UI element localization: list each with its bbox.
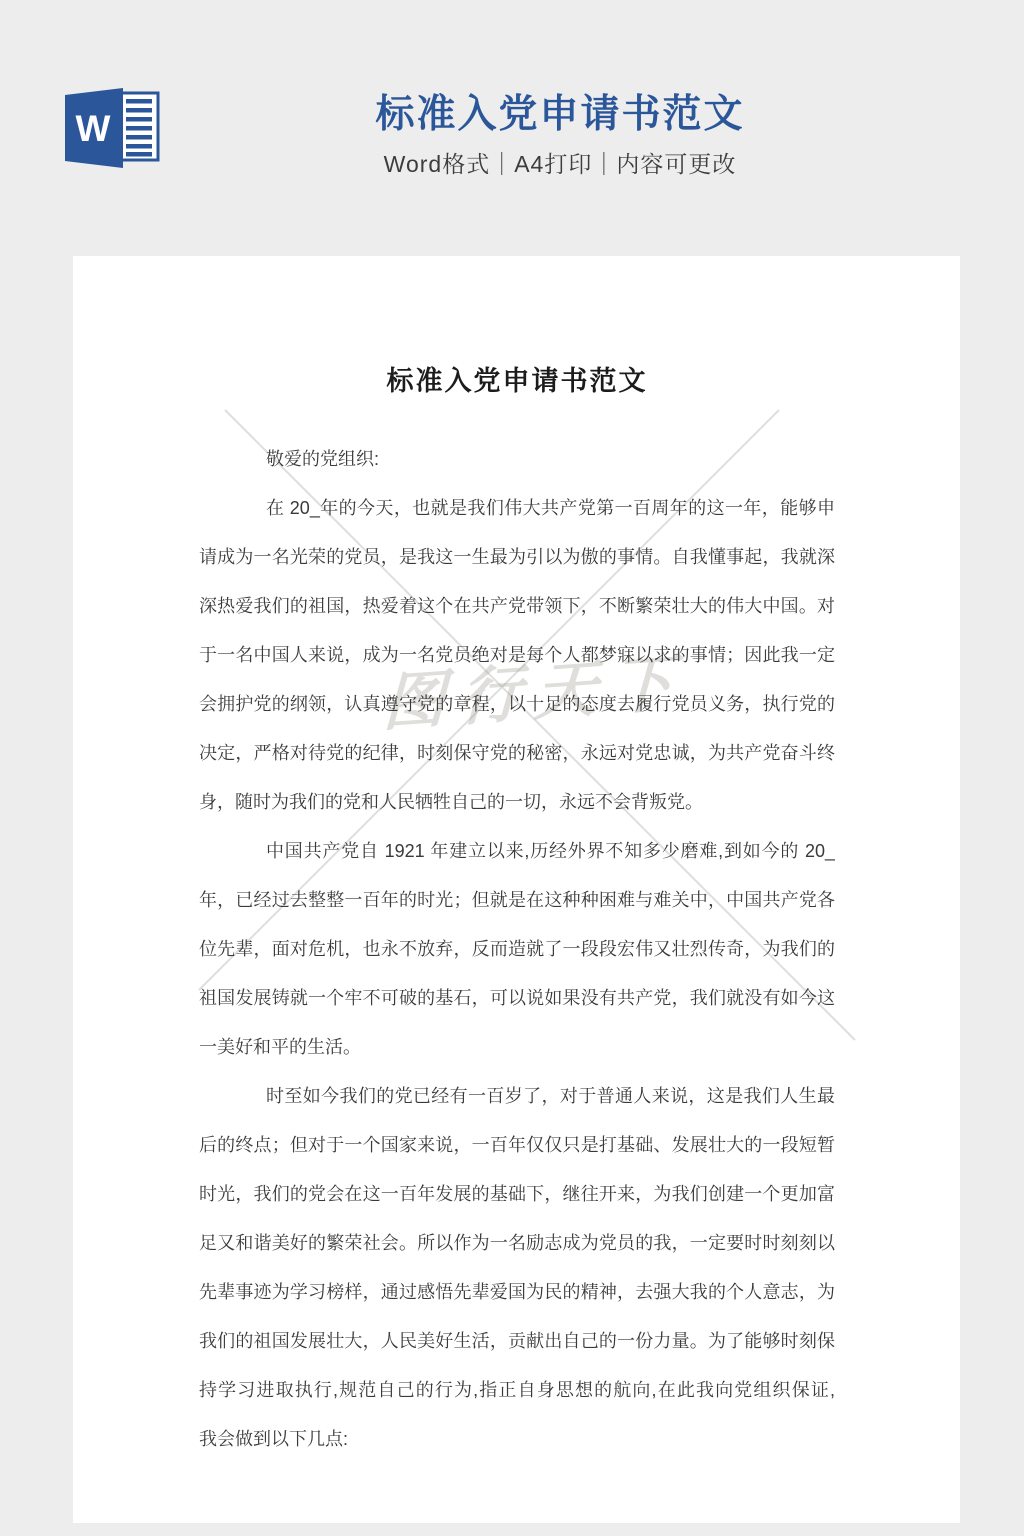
document-text-line: 请成为一名光荣的党员，是我这一生最为引以为傲的事情。自我懂事起，我就深 [199,533,835,582]
document-text-line: 持学习进取执行,规范自己的行为,指正自身思想的航向,在此我向党组织保证, [199,1366,835,1415]
document-text-line: 年，已经过去整整一百年的时光；但就是在这种种困难与难关中，中国共产党各 [199,876,835,925]
word-icon: W [62,86,162,170]
header-text: 标准入党申请书范文 Word格式｜A4打印｜内容可更改 [160,92,960,178]
document-text-line: 时光，我们的党会在这一百年发展的基础下，继往开来，为我们创建一个更加富 [199,1170,835,1219]
document-text-line: 我们的祖国发展壮大，人民美好生活，贡献出自己的一份力量。为了能够时刻保 [199,1317,835,1366]
document-text-line: 深热爱我们的祖国，热爱着这个在共产党带领下，不断繁荣壮大的伟大中国。对 [199,582,835,631]
document-text-line: 时至如今我们的党已经有一百岁了，对于普通人来说，这是我们人生最 [199,1072,835,1121]
document-body: 敬爱的党组织:在 20_年的今天，也就是我们伟大共产党第一百周年的这一年，能够申… [199,435,835,1464]
document-text-line: 足又和谐美好的繁荣社会。所以作为一名励志成为党员的我，一定要时时刻刻以 [199,1219,835,1268]
header: W 标准入党申请书范文 Word格式｜A4打印｜内容可更改 [0,0,1024,255]
document-text-line: 一美好和平的生活。 [199,1023,835,1072]
document-text-line: 先辈事迹为学习榜样，通过感悟先辈爱国为民的精神，去强大我的个人意志，为 [199,1268,835,1317]
document-text-line: 决定，严格对待党的纪律，时刻保守党的秘密，永远对党忠诚，为共产党奋斗终 [199,729,835,778]
document-text-line: 会拥护党的纲领，认真遵守党的章程，以十足的态度去履行党员义务，执行党的 [199,680,835,729]
document-page: 图行天下 标准入党申请书范文 敬爱的党组织:在 20_年的今天，也就是我们伟大共… [73,256,960,1523]
document-text-line: 身，随时为我们的党和人民牺牲自己的一切，永远不会背叛党。 [199,778,835,827]
header-title: 标准入党申请书范文 [160,92,960,138]
word-icon-letter: W [76,108,111,149]
document-text-line: 位先辈，面对危机，也永不放弃，反而造就了一段段宏伟又壮烈传奇，为我们的 [199,925,835,974]
document-text-line: 我会做到以下几点: [199,1415,835,1464]
preview-canvas: W 标准入党申请书范文 Word格式｜A4打印｜内容可更改 图行天下 标准入党申… [0,0,1024,1536]
document-text-line: 祖国发展铸就一个牢不可破的基石，可以说如果没有共产党，我们就没有如今这 [199,974,835,1023]
document-text-line: 在 20_年的今天，也就是我们伟大共产党第一百周年的这一年，能够申 [199,484,835,533]
document-text-line: 于一名中国人来说，成为一名党员绝对是每个人都梦寐以求的事情；因此我一定 [199,631,835,680]
document-text-line: 敬爱的党组织: [199,435,835,484]
document-text-line: 后的终点；但对于一个国家来说，一百年仅仅只是打基础、发展壮大的一段短暂 [199,1121,835,1170]
document-text-line: 中国共产党自 1921 年建立以来,历经外界不知多少磨难,到如今的 20_ [199,827,835,876]
document-title: 标准入党申请书范文 [199,364,835,398]
header-subtitle: Word格式｜A4打印｜内容可更改 [160,150,960,178]
